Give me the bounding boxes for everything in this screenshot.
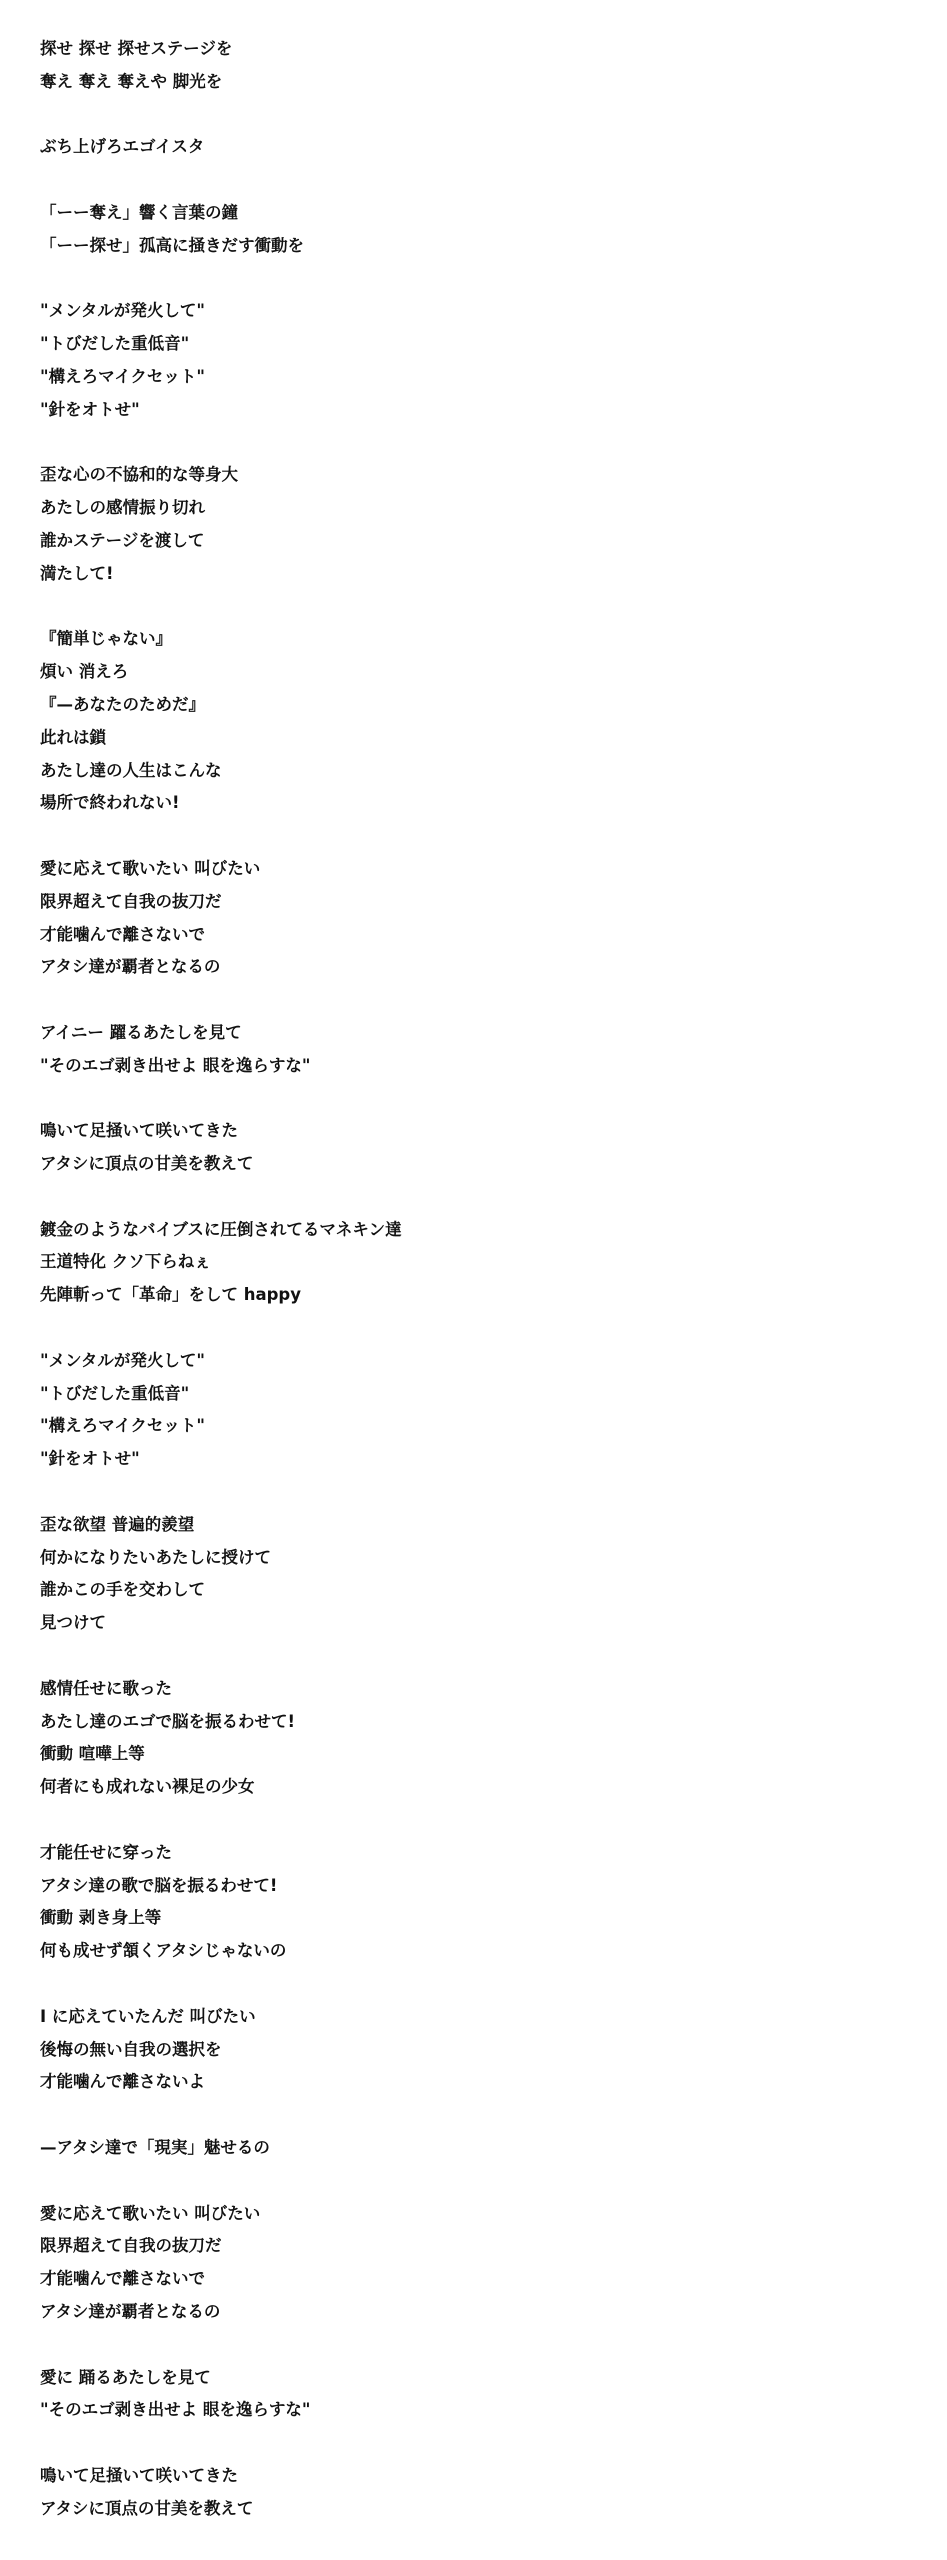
lyric-line: 限界超えて自我の抜刀だ: [40, 886, 402, 919]
lyric-line: 「ーー探せ」孤高に掻きだす衝動を: [40, 230, 402, 263]
lyric-line: I に応えていたんだ 叫びたい: [40, 2001, 402, 2034]
lyric-line: "構えろマイクセット": [40, 1410, 402, 1443]
lyric-line: —アタシ達で「現実」魅せるの: [40, 2132, 402, 2165]
lyric-line: アタシ達が覇者となるの: [40, 951, 402, 984]
lyric-line: 才能任せに穿った: [40, 1837, 402, 1870]
lyric-line: アタシ達が覇者となるの: [40, 2296, 402, 2329]
blank-line: [40, 99, 402, 132]
blank-line: [40, 2427, 402, 2460]
lyric-line: 何も成せず頷くアタシじゃないの: [40, 1935, 402, 1968]
lyric-line: ぶち上げろエゴイスタ: [40, 131, 402, 164]
blank-line: [40, 1083, 402, 1116]
lyric-line: 奪え 奪え 奪えや 脚光を: [40, 66, 402, 99]
lyric-line: 鍍金のようなバイブスに圧倒されてるマネキン達: [40, 1214, 402, 1247]
lyric-line: 見つけて: [40, 1607, 402, 1640]
blank-line: [40, 164, 402, 197]
lyric-line: アイニー 躍るあたしを見て: [40, 1017, 402, 1050]
lyric-line: "トびだした重低音": [40, 1378, 402, 1411]
lyric-line: 『簡単じゃない』: [40, 623, 402, 656]
blank-line: [40, 591, 402, 624]
lyrics-text-block: 探せ 探せ 探せステージを奪え 奪え 奪えや 脚光を ぶち上げろエゴイスタ 「ー…: [40, 33, 402, 2526]
blank-line: [40, 263, 402, 296]
lyric-line: "針をオトせ": [40, 394, 402, 427]
lyric-line: 満たして!: [40, 558, 402, 591]
lyric-line: 先陣斬って「革命」をして happy: [40, 1279, 402, 1312]
lyric-line: 鳴いて足掻いて咲いてきた: [40, 2460, 402, 2493]
lyric-line: あたし達のエゴで脳を振るわせて!: [40, 1706, 402, 1739]
lyric-line: アタシに頂点の甘美を教えて: [40, 2493, 402, 2526]
blank-line: [40, 1312, 402, 1345]
lyric-line: 誰かステージを渡して: [40, 525, 402, 558]
lyric-line: "メンタルが発火して": [40, 1345, 402, 1378]
blank-line: [40, 2099, 402, 2132]
lyric-line: "そのエゴ剥き出せよ 眼を逸らすな": [40, 1050, 402, 1083]
lyric-line: あたし達の人生はこんな: [40, 755, 402, 788]
lyric-line: 煩い 消えろ: [40, 656, 402, 689]
lyric-line: 限界超えて自我の抜刀だ: [40, 2230, 402, 2263]
lyric-line: アタシに頂点の甘美を教えて: [40, 1148, 402, 1181]
lyric-line: 歪な心の不協和的な等身大: [40, 459, 402, 492]
blank-line: [40, 1968, 402, 2001]
lyric-line: "構えろマイクセット": [40, 361, 402, 394]
lyric-line: "メンタルが発火して": [40, 295, 402, 328]
lyric-line: 才能噛んで離さないよ: [40, 2066, 402, 2099]
lyric-line: "トびだした重低音": [40, 328, 402, 361]
lyric-line: 何かになりたいあたしに授けて: [40, 1542, 402, 1575]
lyric-line: アタシ達の歌で脳を振るわせて!: [40, 1870, 402, 1903]
lyric-line: 歪な欲望 普遍的羨望: [40, 1509, 402, 1542]
blank-line: [40, 1181, 402, 1214]
lyric-line: あたしの感情振り切れ: [40, 492, 402, 525]
blank-line: [40, 1476, 402, 1509]
blank-line: [40, 2329, 402, 2362]
blank-line: [40, 2165, 402, 2198]
blank-line: [40, 1640, 402, 1673]
blank-line: [40, 1804, 402, 1837]
lyric-line: 此れは鎖: [40, 722, 402, 755]
lyric-line: 愛に応えて歌いたい 叫びたい: [40, 2198, 402, 2231]
lyric-line: 才能噛んで離さないで: [40, 2263, 402, 2296]
lyric-line: 衝動 剥き身上等: [40, 1902, 402, 1935]
lyric-line: 誰かこの手を交わして: [40, 1574, 402, 1607]
lyric-line: 王道特化 クソ下らねぇ: [40, 1246, 402, 1279]
lyric-line: 鳴いて足掻いて咲いてきた: [40, 1115, 402, 1148]
blank-line: [40, 427, 402, 460]
lyric-line: 愛に 踊るあたしを見て: [40, 2362, 402, 2395]
lyric-line: "針をオトせ": [40, 1443, 402, 1476]
lyric-line: 『—あなたのためだ』: [40, 689, 402, 722]
lyric-line: 探せ 探せ 探せステージを: [40, 33, 402, 66]
lyric-line: "そのエゴ剥き出せよ 眼を逸らすな": [40, 2394, 402, 2427]
lyric-line: 感情任せに歌った: [40, 1673, 402, 1706]
lyric-line: 場所で終われない!: [40, 787, 402, 820]
blank-line: [40, 984, 402, 1017]
blank-line: [40, 820, 402, 853]
lyric-line: 愛に応えて歌いたい 叫びたい: [40, 853, 402, 886]
lyric-line: 何者にも成れない裸足の少女: [40, 1771, 402, 1804]
lyric-line: 後悔の無い自我の選択を: [40, 2034, 402, 2067]
lyric-line: 衝動 喧嘩上等: [40, 1738, 402, 1771]
lyric-line: 才能噛んで離さないで: [40, 919, 402, 952]
lyric-line: 「ーー奪え」響く言葉の鐘: [40, 197, 402, 230]
